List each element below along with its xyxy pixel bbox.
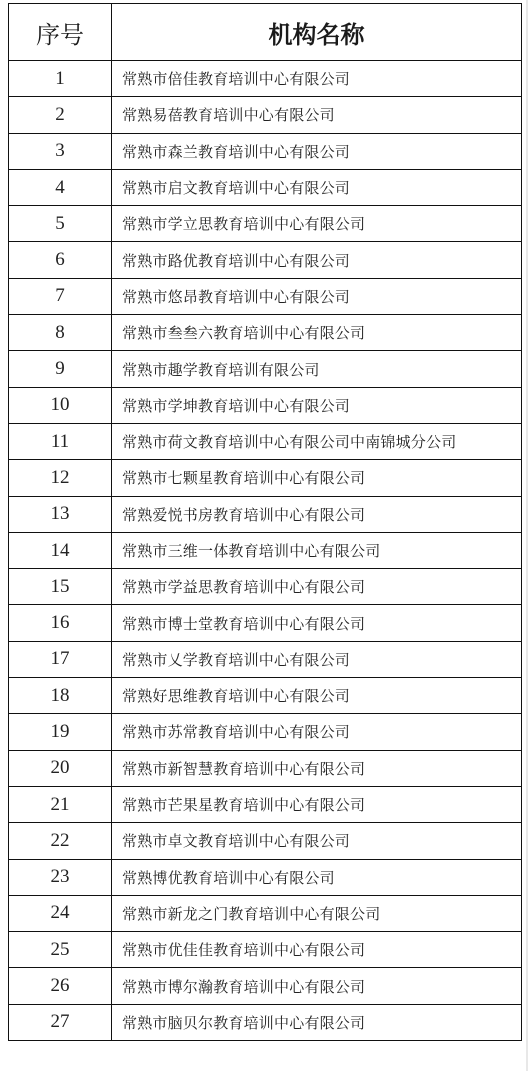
row-institution-name: 常熟市荷文教育培训中心有限公司中南锦城分公司 <box>112 423 522 459</box>
row-institution-name: 常熟市倍佳教育培训中心有限公司 <box>112 61 522 97</box>
row-serial-number: 9 <box>9 351 112 387</box>
row-institution-name: 常熟市卓文教育培训中心有限公司 <box>112 823 522 859</box>
row-serial-number: 26 <box>9 968 112 1004</box>
table-row: 25常熟市优佳佳教育培训中心有限公司 <box>9 932 522 968</box>
table-row: 2常熟易蓓教育培训中心有限公司 <box>9 97 522 133</box>
row-serial-number: 19 <box>9 714 112 750</box>
row-serial-number: 22 <box>9 823 112 859</box>
row-institution-name: 常熟市悠昂教育培训中心有限公司 <box>112 278 522 314</box>
row-institution-name: 常熟市博尔瀚教育培训中心有限公司 <box>112 968 522 1004</box>
table-row: 8常熟市叁叁六教育培训中心有限公司 <box>9 315 522 351</box>
row-institution-name: 常熟市七颗星教育培训中心有限公司 <box>112 460 522 496</box>
row-institution-name: 常熟市趣学教育培训有限公司 <box>112 351 522 387</box>
table-row: 10常熟市学坤教育培训中心有限公司 <box>9 387 522 423</box>
row-institution-name: 常熟市三维一体教育培训中心有限公司 <box>112 532 522 568</box>
row-serial-number: 11 <box>9 423 112 459</box>
row-institution-name: 常熟市学益思教育培训中心有限公司 <box>112 569 522 605</box>
row-serial-number: 27 <box>9 1004 112 1040</box>
table-row: 4常熟市启文教育培训中心有限公司 <box>9 169 522 205</box>
table-row: 23常熟博优教育培训中心有限公司 <box>9 859 522 895</box>
row-serial-number: 21 <box>9 786 112 822</box>
row-institution-name: 常熟爱悦书房教育培训中心有限公司 <box>112 496 522 532</box>
table-row: 7常熟市悠昂教育培训中心有限公司 <box>9 278 522 314</box>
table-row: 17常熟市乂学教育培训中心有限公司 <box>9 641 522 677</box>
table-row: 27常熟市脑贝尔教育培训中心有限公司 <box>9 1004 522 1040</box>
table-header-row: 序号 机构名称 <box>9 4 522 61</box>
row-institution-name: 常熟易蓓教育培训中心有限公司 <box>112 97 522 133</box>
table-row: 6常熟市路优教育培训中心有限公司 <box>9 242 522 278</box>
row-serial-number: 20 <box>9 750 112 786</box>
table-row: 24常熟市新龙之门教育培训中心有限公司 <box>9 895 522 931</box>
row-institution-name: 常熟市新智慧教育培训中心有限公司 <box>112 750 522 786</box>
table-row: 20常熟市新智慧教育培训中心有限公司 <box>9 750 522 786</box>
row-serial-number: 4 <box>9 169 112 205</box>
row-institution-name: 常熟市脑贝尔教育培训中心有限公司 <box>112 1004 522 1040</box>
header-institution-name: 机构名称 <box>112 4 522 61</box>
row-serial-number: 23 <box>9 859 112 895</box>
row-institution-name: 常熟市学坤教育培训中心有限公司 <box>112 387 522 423</box>
row-institution-name: 常熟市叁叁六教育培训中心有限公司 <box>112 315 522 351</box>
table-row: 9常熟市趣学教育培训有限公司 <box>9 351 522 387</box>
row-institution-name: 常熟市新龙之门教育培训中心有限公司 <box>112 895 522 931</box>
row-institution-name: 常熟市博士堂教育培训中心有限公司 <box>112 605 522 641</box>
header-serial-number: 序号 <box>9 4 112 61</box>
row-serial-number: 7 <box>9 278 112 314</box>
institution-table: 序号 机构名称 1常熟市倍佳教育培训中心有限公司2常熟易蓓教育培训中心有限公司3… <box>8 3 522 1041</box>
row-institution-name: 常熟市学立思教育培训中心有限公司 <box>112 206 522 242</box>
row-institution-name: 常熟市芒果星教育培训中心有限公司 <box>112 786 522 822</box>
table-row: 3常熟市森兰教育培训中心有限公司 <box>9 133 522 169</box>
row-serial-number: 10 <box>9 387 112 423</box>
row-serial-number: 16 <box>9 605 112 641</box>
table-row: 12常熟市七颗星教育培训中心有限公司 <box>9 460 522 496</box>
row-serial-number: 18 <box>9 678 112 714</box>
row-serial-number: 6 <box>9 242 112 278</box>
row-institution-name: 常熟市优佳佳教育培训中心有限公司 <box>112 932 522 968</box>
row-serial-number: 15 <box>9 569 112 605</box>
row-institution-name: 常熟市苏常教育培训中心有限公司 <box>112 714 522 750</box>
table-row: 14常熟市三维一体教育培训中心有限公司 <box>9 532 522 568</box>
row-serial-number: 13 <box>9 496 112 532</box>
row-institution-name: 常熟好思维教育培训中心有限公司 <box>112 678 522 714</box>
row-serial-number: 14 <box>9 532 112 568</box>
row-serial-number: 8 <box>9 315 112 351</box>
table-row: 15常熟市学益思教育培训中心有限公司 <box>9 569 522 605</box>
table-row: 5常熟市学立思教育培训中心有限公司 <box>9 206 522 242</box>
table-row: 11常熟市荷文教育培训中心有限公司中南锦城分公司 <box>9 423 522 459</box>
table-row: 18常熟好思维教育培训中心有限公司 <box>9 678 522 714</box>
row-serial-number: 25 <box>9 932 112 968</box>
table-row: 1常熟市倍佳教育培训中心有限公司 <box>9 61 522 97</box>
table-row: 19常熟市苏常教育培训中心有限公司 <box>9 714 522 750</box>
row-institution-name: 常熟市森兰教育培训中心有限公司 <box>112 133 522 169</box>
row-serial-number: 17 <box>9 641 112 677</box>
row-institution-name: 常熟市路优教育培训中心有限公司 <box>112 242 522 278</box>
table-row: 21常熟市芒果星教育培训中心有限公司 <box>9 786 522 822</box>
table-row: 26常熟市博尔瀚教育培训中心有限公司 <box>9 968 522 1004</box>
table-row: 13常熟爱悦书房教育培训中心有限公司 <box>9 496 522 532</box>
document-page: 序号 机构名称 1常熟市倍佳教育培训中心有限公司2常熟易蓓教育培训中心有限公司3… <box>0 0 528 1071</box>
table-row: 22常熟市卓文教育培训中心有限公司 <box>9 823 522 859</box>
table-row: 16常熟市博士堂教育培训中心有限公司 <box>9 605 522 641</box>
row-serial-number: 5 <box>9 206 112 242</box>
row-serial-number: 12 <box>9 460 112 496</box>
row-serial-number: 24 <box>9 895 112 931</box>
table-body: 1常熟市倍佳教育培训中心有限公司2常熟易蓓教育培训中心有限公司3常熟市森兰教育培… <box>9 61 522 1041</box>
row-institution-name: 常熟市乂学教育培训中心有限公司 <box>112 641 522 677</box>
row-serial-number: 3 <box>9 133 112 169</box>
row-serial-number: 2 <box>9 97 112 133</box>
row-serial-number: 1 <box>9 61 112 97</box>
row-institution-name: 常熟市启文教育培训中心有限公司 <box>112 169 522 205</box>
row-institution-name: 常熟博优教育培训中心有限公司 <box>112 859 522 895</box>
